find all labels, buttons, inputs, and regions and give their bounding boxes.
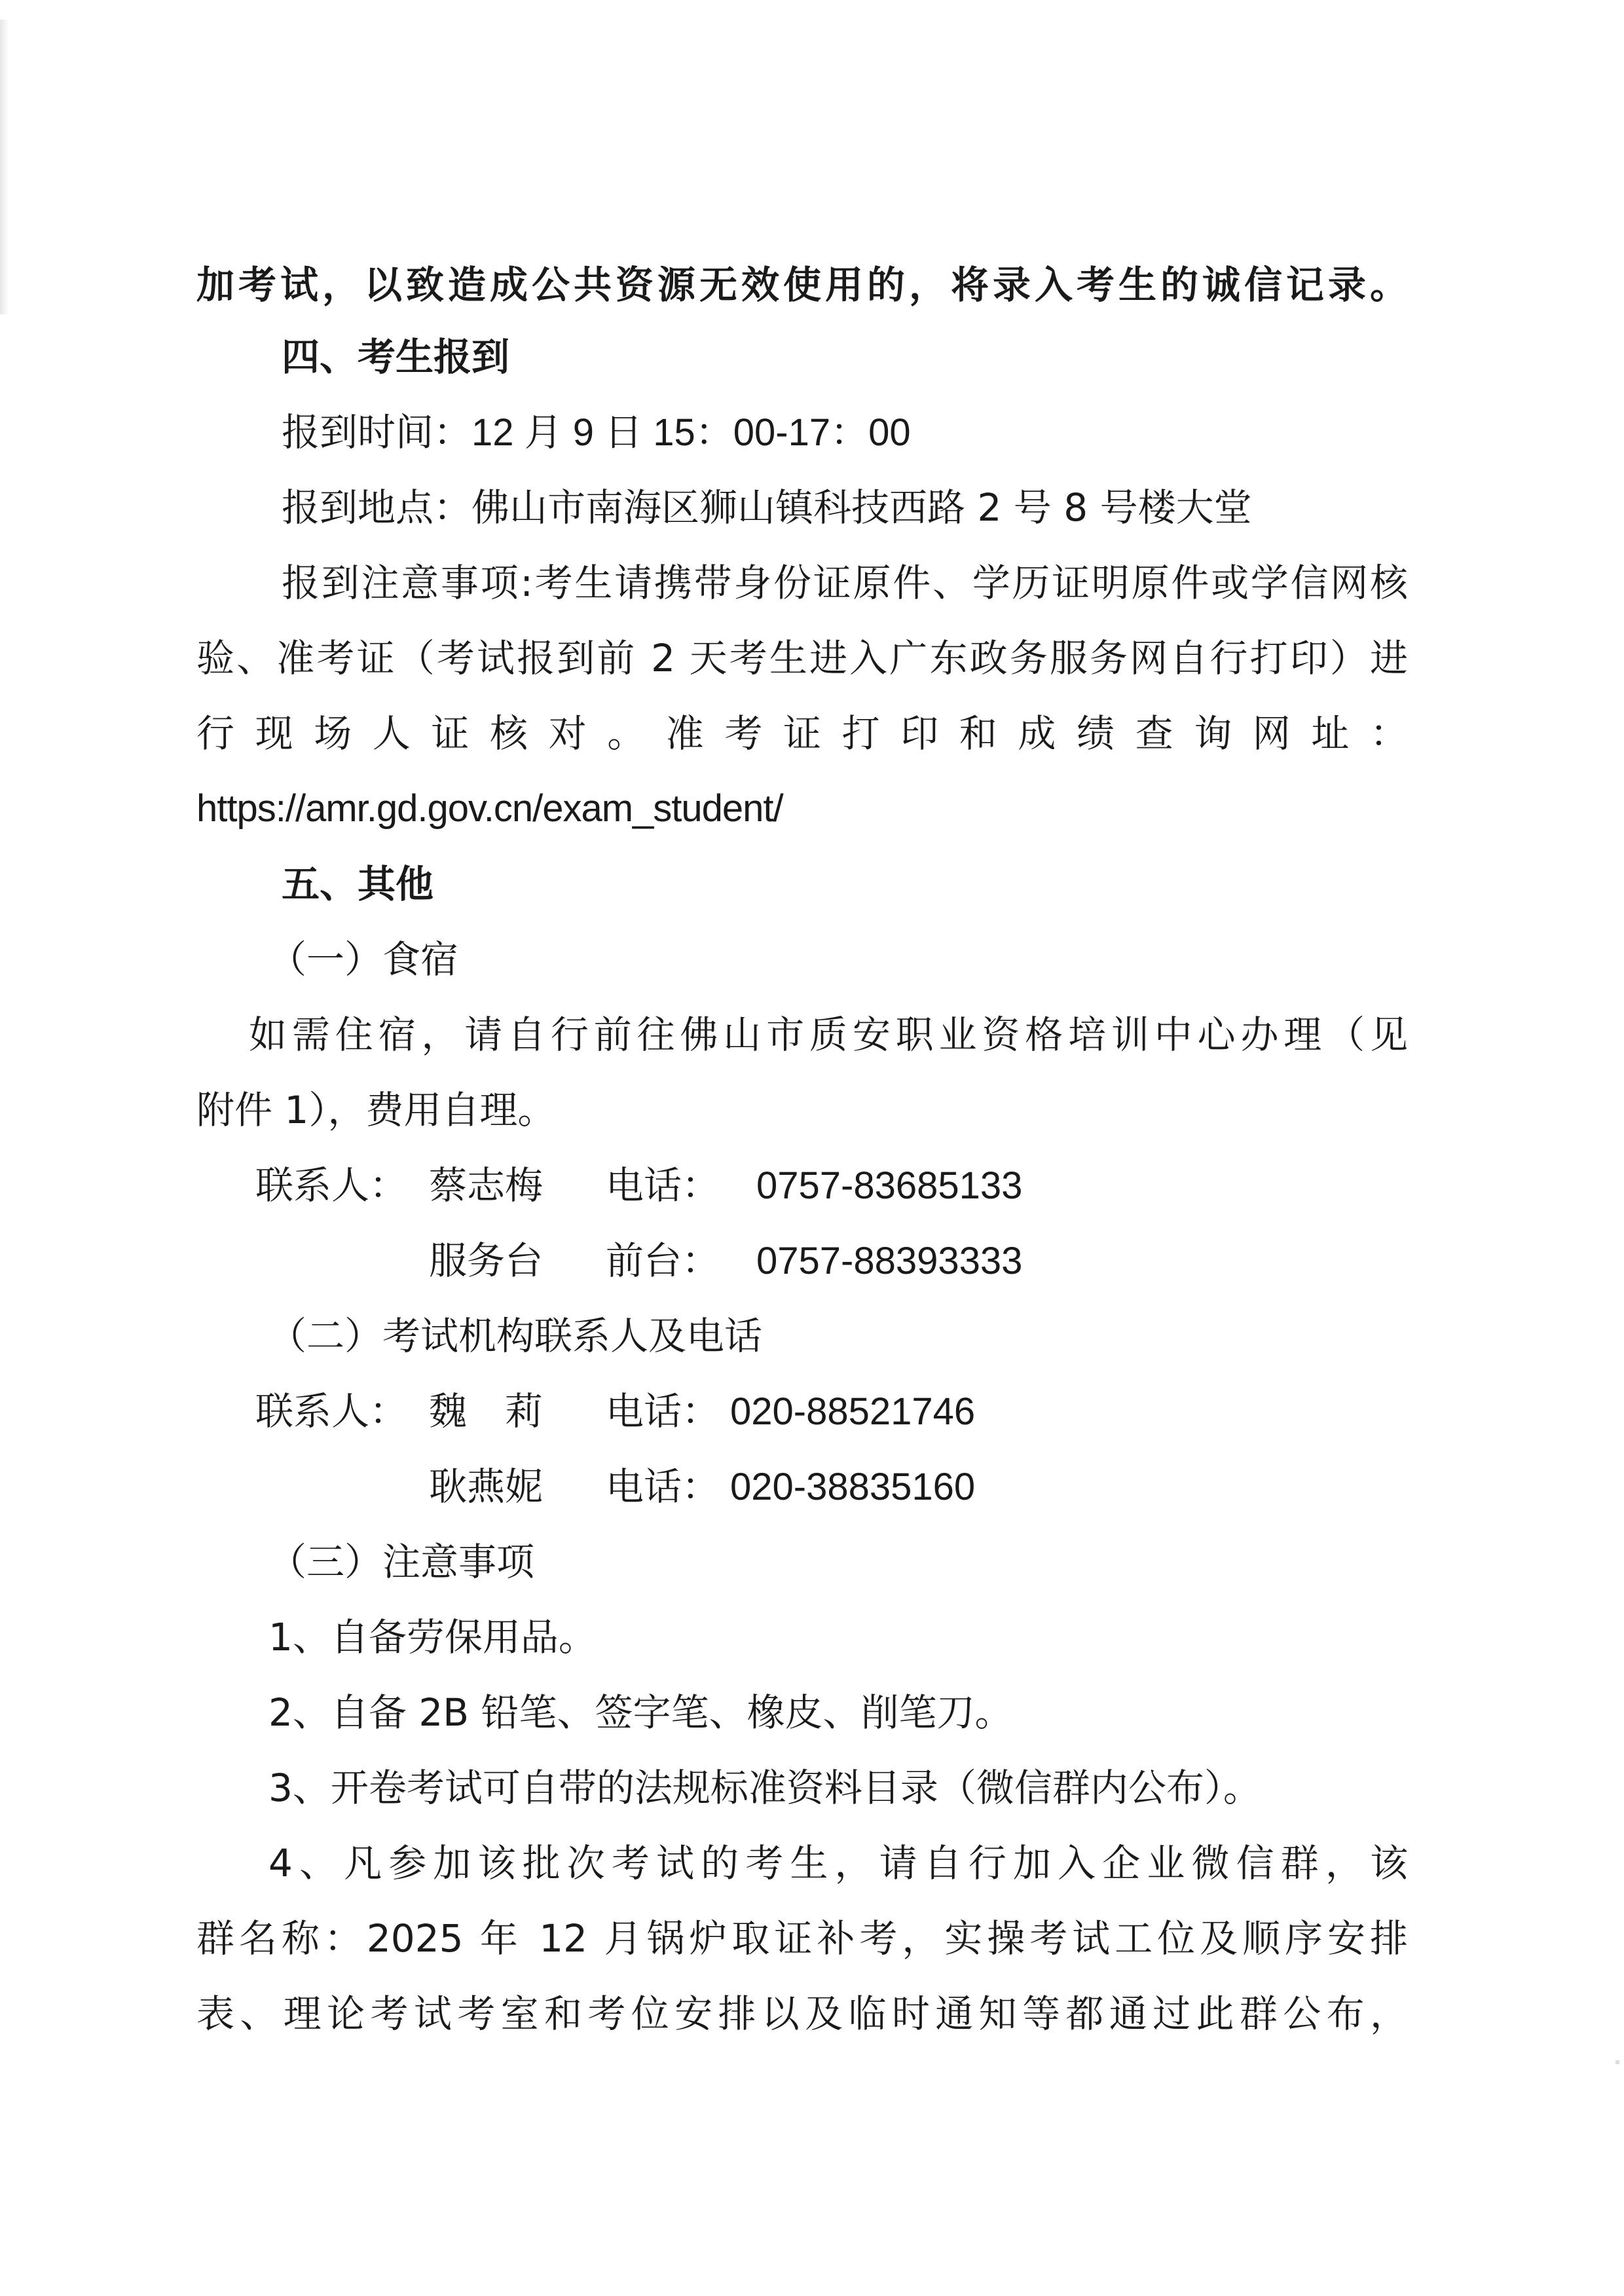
notes-item-1: 1、自备劳保用品。 (268, 1614, 597, 1660)
report-time-label: 报到时间： (282, 410, 471, 454)
contact-phone: 020-88521746 (730, 1390, 975, 1433)
contact-phone: 020-38835160 (730, 1466, 975, 1508)
subheading-notes: （三）注意事项 (268, 1539, 534, 1585)
report-place-value: 佛山市南海区狮山镇科技西路 2 号 8 号楼大堂 (471, 485, 1252, 530)
contact-phone: 0757-83685133 (756, 1164, 1022, 1207)
report-notes-line2: 验、准考证（考试报到前 2 天考生进入广东政务服务网自行打印）进 (196, 635, 1408, 681)
notes-item-3: 3、开卷考试可自带的法规标准资料目录（微信群内公布）。 (268, 1765, 1261, 1811)
contact-prefix: 联系人： (255, 1162, 429, 1208)
contact-name: 服务台 (429, 1238, 606, 1284)
report-time-value: 12 月 9 日 15：00-17：00 (471, 411, 911, 454)
section-heading-registration: 四、考生报到 (282, 334, 509, 380)
scan-edge-shadow (0, 20, 9, 314)
contact-phone: 0757-88393333 (756, 1240, 1022, 1282)
contact-phone-label: 电话： (606, 1464, 730, 1509)
accommodation-contact-2: 服务台前台：0757-88393333 (255, 1238, 1022, 1284)
continuation-paragraph: 加考试，以致造成公共资源无效使用的，将录入考生的诚信记录。 (196, 262, 1408, 308)
contact-phone-label: 电话： (606, 1162, 756, 1208)
section-heading-other: 五、其他 (282, 861, 434, 907)
report-place-label: 报到地点： (282, 485, 471, 530)
notes-item-4-line3: 表、理论考试考室和考位安排以及临时通知等都通过此群公布， (196, 1991, 1408, 2037)
accommodation-para-line1: 如需住宿，请自行前往佛山市质安职业资格培训中心办理（见 (249, 1012, 1408, 1058)
contact-phone-label: 前台： (606, 1238, 756, 1284)
report-notes-line1: 报到注意事项:考生请携带身份证原件、学历证明原件或学信网核 (282, 560, 1408, 606)
report-notes-line3: 行现场人证核对。准考证打印和成绩查询网址： (196, 711, 1408, 756)
exam-contact-1: 联系人：魏 莉电话：020-88521746 (255, 1388, 975, 1434)
scan-artifact (1615, 2060, 1619, 2064)
subheading-exam-contacts: （二）考试机构联系人及电话 (268, 1313, 762, 1359)
contact-prefix: 联系人： (255, 1388, 429, 1434)
notes-item-4-line1: 4、凡参加该批次考试的考生，请自行加入企业微信群，该 (268, 1840, 1408, 1886)
report-time: 报到时间：12 月 9 日 15：00-17：00 (282, 409, 911, 455)
exam-contact-2: 耿燕妮电话：020-38835160 (255, 1464, 975, 1509)
subheading-accommodation: （一）食宿 (268, 936, 458, 982)
exam-url-link[interactable]: https://amr.gd.gov.cn/exam_student/ (196, 786, 783, 832)
contact-name: 蔡志梅 (429, 1162, 606, 1208)
notes-item-2: 2、自备 2B 铅笔、签字笔、橡皮、削笔刀。 (268, 1690, 1012, 1735)
accommodation-contact-1: 联系人：蔡志梅电话：0757-83685133 (255, 1162, 1022, 1208)
notes-item-4-line2: 群名称：2025 年 12 月锅炉取证补考，实操考试工位及顺序安排 (196, 1916, 1408, 1961)
accommodation-para-line2: 附件 1），费用自理。 (196, 1087, 555, 1133)
contact-name: 耿燕妮 (429, 1464, 606, 1509)
report-place: 报到地点：佛山市南海区狮山镇科技西路 2 号 8 号楼大堂 (282, 485, 1252, 530)
contact-name: 魏 莉 (429, 1388, 606, 1434)
contact-phone-label: 电话： (606, 1388, 730, 1434)
